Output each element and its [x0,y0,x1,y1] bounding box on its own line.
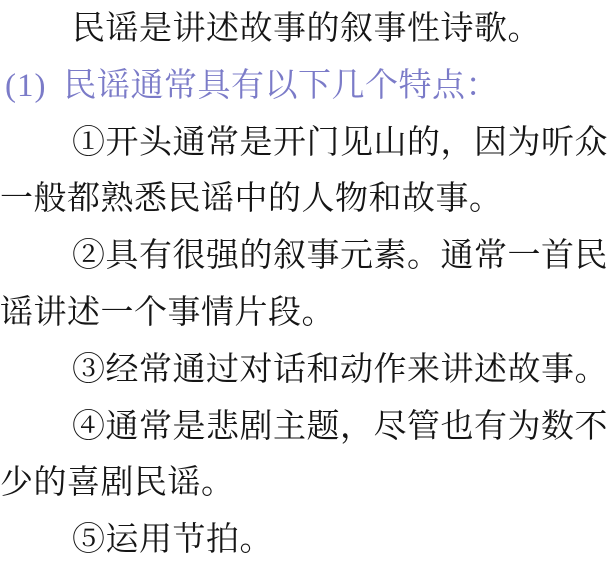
list-heading-number: (1) [5,68,46,104]
feature-4-line: ④通常是悲剧主题，尽管也有为数不 [0,399,608,456]
feature-3-line: ③经常通过对话和动作来讲述故事。 [0,342,608,399]
list-heading-line: (1)民谣通常具有以下几个特点： [0,58,608,115]
feature-5-line: ⑤运用节拍。 [0,512,608,569]
intro-line: 民谣是讲述故事的叙事性诗歌。 [0,1,608,58]
feature-1-line: ①开头通常是开门见山的，因为听众 [0,115,608,172]
feature-4-continuation-line: 少的喜剧民谣。 [0,455,608,512]
list-heading-text: 民谣通常具有以下几个特点： [63,68,499,104]
feature-2-line: ②具有很强的叙事元素。通常一首民 [0,228,608,285]
feature-2-continuation-line: 谣讲述一个事情片段。 [0,285,608,342]
document-page: 民谣是讲述故事的叙事性诗歌。 (1)民谣通常具有以下几个特点： ①开头通常是开门… [0,0,608,569]
feature-1-continuation-line: 一般都熟悉民谣中的人物和故事。 [0,171,608,228]
